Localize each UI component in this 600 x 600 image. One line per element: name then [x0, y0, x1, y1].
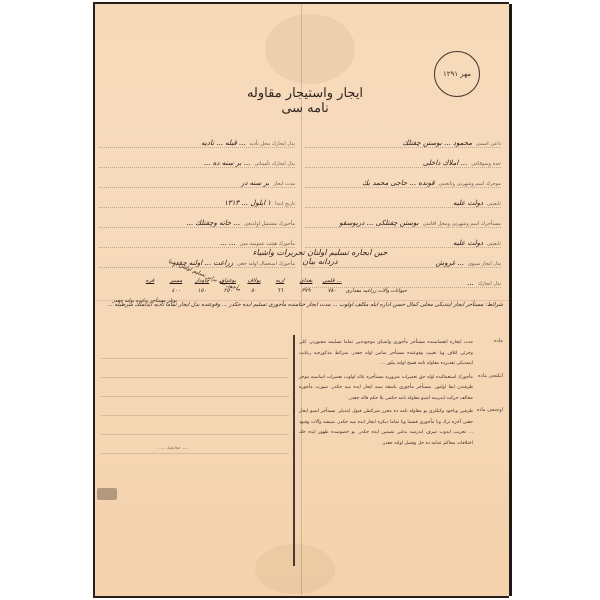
field-label: مدت ايجار	[273, 181, 295, 187]
ruled-line	[101, 435, 289, 454]
table-cell: ٥٠	[241, 288, 267, 294]
article-label: اوچنجی ماده	[473, 407, 503, 449]
field-label: مأجورك هیئت عمومیه سی	[240, 241, 295, 247]
conditions-paragraph: شرائط: مستأجر ايجار ايتديكی محلی كمال حس…	[99, 300, 503, 311]
field-value: ١ ایلول ... ١٣١٣	[224, 199, 271, 207]
field-label: مستأجرك اسم وشهرتی ومحل اقامتی	[423, 221, 501, 227]
ruled-line	[101, 416, 289, 435]
ink-smudge	[97, 488, 117, 500]
ruled-blank-lines	[101, 340, 289, 454]
field-label: مأجورك مشتمل اولدیغی	[244, 221, 295, 227]
article-label: ایكنجی ماده	[473, 373, 503, 405]
column-header: مسیر	[163, 278, 189, 284]
article-text: مأجورك استعمالنده اوله جق تعميرات ضروريه…	[299, 373, 473, 405]
field-value: ... خانه وچفتلك ...	[186, 219, 240, 227]
form-field: تابعیتی دولت علیه	[305, 192, 501, 208]
form-field: بدل ايجارك محل تأدیه ... قبله ... تأدیه	[99, 132, 295, 148]
contract-articles: ماده مدت ايجاره انقضاسنده مستأجر مأجوری …	[299, 338, 503, 452]
field-label: تاریخ ابتدا	[275, 201, 295, 207]
field-value: دولت علیه	[453, 239, 483, 247]
field-label: بدل ايجارك تأمیناتی	[254, 161, 295, 167]
column-header: بغدای	[293, 278, 319, 284]
form-field: موجرك اسم وشهرتی وتابعیتی قونده ... حاجی…	[305, 172, 501, 188]
column-header: یولاف	[241, 278, 267, 284]
water-stain	[265, 14, 355, 84]
column-header: بوغدای	[215, 278, 241, 284]
field-label: بدل ايجار سنوی	[468, 261, 501, 267]
article-1: ماده مدت ايجاره انقضاسنده مستأجر مأجوری …	[299, 338, 503, 370]
form-field: مستأجرك اسم وشهرتی ومحل اقامتی بوستن چفت…	[305, 212, 501, 228]
field-value: ... غروش	[436, 259, 464, 267]
field-value: بر سنه در	[241, 179, 270, 187]
article-3: اوچنجی ماده طرفين وباخود وكيللرى بو مقاو…	[299, 407, 503, 449]
table-cell: ٢٥٠	[215, 288, 241, 294]
faded-signature: ... محمد ...	[159, 444, 188, 451]
water-stain	[255, 544, 335, 594]
field-value: ... بر سنه ده ...	[204, 159, 251, 167]
article-text: مدت ايجاره انقضاسنده مستأجر مأجوری واشيا…	[299, 338, 473, 370]
field-value: قونده ... حاجی محمد بك	[362, 179, 434, 187]
form-field: مدت ايجار بر سنه در	[99, 172, 295, 188]
field-label: بدل ايجارك	[478, 281, 501, 287]
form-field: بدل ايجارك تأمیناتی ... بر سنه ده ...	[99, 152, 295, 168]
field-value: بوستن چفتلكی ... دریوسقو	[339, 219, 418, 227]
field-value: ...	[467, 279, 474, 287]
form-field: جده وسوقاغی ... املاك داخلی	[305, 152, 501, 168]
inventory-table: ... قلمی بغدای ارپه یولاف بوغدای چاودار …	[107, 276, 407, 296]
column-header: ارپه	[267, 278, 293, 284]
row-label: حيوانات وآلات زراعیه مقداری	[345, 288, 407, 294]
column-header: ... قلمی	[319, 278, 345, 284]
table-cell: ٧٨٠	[319, 288, 345, 294]
table-cell: ١٥٠	[189, 288, 215, 294]
inventory-header-row: ... قلمی بغدای ارپه یولاف بوغدای چاودار …	[107, 276, 407, 286]
field-label: موجرك اسم وشهرتی وتابعیتی	[439, 181, 501, 187]
field-value: ... قبله ... تأدیه	[201, 139, 245, 147]
seal-text: مهر ١٢٩١	[443, 70, 471, 78]
field-value: ... ...	[220, 239, 236, 247]
form-field: مأجورك هیئت عمومیه سی ... ...	[99, 232, 295, 248]
table-cell: ٤٠٠	[163, 288, 189, 294]
ruled-line	[101, 340, 289, 359]
form-field: تابعیتی دولت علیه	[305, 232, 501, 248]
field-label: بدل ايجارك محل تأدیه	[250, 141, 295, 147]
table-cell: ٣٧٩	[293, 288, 319, 294]
article-label: ماده	[473, 338, 503, 370]
field-value: محمود ... بوستن چفتلك	[403, 139, 472, 147]
right-form-column: داعی اسمی محمود ... بوستن چفتلك جده وسوق…	[305, 132, 501, 292]
field-value: دولت علیه	[453, 199, 483, 207]
form-field: داعی اسمی محمود ... بوستن چفتلك	[305, 132, 501, 148]
field-value: ... املاك داخلی	[423, 159, 467, 167]
ruled-line	[101, 378, 289, 397]
column-header: چاودار	[189, 278, 215, 284]
column-divider	[293, 335, 295, 566]
form-field: تاریخ ابتدا ١ ایلول ... ١٣١٣	[99, 192, 295, 208]
ruled-line	[101, 397, 289, 416]
field-label: تابعیتی	[487, 201, 501, 207]
document-title: ايجار واستيجار مقاوله نامه سی	[235, 86, 375, 116]
form-field: مأجورك مشتمل اولدیغی ... خانه وچفتلك ...	[99, 212, 295, 228]
ruled-line	[101, 359, 289, 378]
article-2: ایكنجی ماده مأجورك استعمالنده اوله جق تع…	[299, 373, 503, 405]
field-label: جده وسوقاغی	[471, 161, 501, 167]
column-header: قره	[137, 278, 163, 284]
table-cell: ٦٦	[267, 288, 293, 294]
inventory-value-row: حيوانات وآلات زراعیه مقداری ٧٨٠ ٣٧٩ ٦٦ ٥…	[107, 286, 407, 296]
field-label: داعی اسمی	[476, 141, 501, 147]
document-page: مهر ١٢٩١ ايجار واستيجار مقاوله نامه سی د…	[93, 2, 509, 598]
article-text: طرفين وباخود وكيللرى بو مقاوله نامه ده م…	[299, 407, 473, 449]
field-label: تابعیتی	[487, 241, 501, 247]
round-seal-stamp: مهر ١٢٩١	[434, 51, 480, 97]
inventory-heading: حين ايجاره تسليم اولنان تحريرات واشياء د…	[245, 248, 395, 266]
